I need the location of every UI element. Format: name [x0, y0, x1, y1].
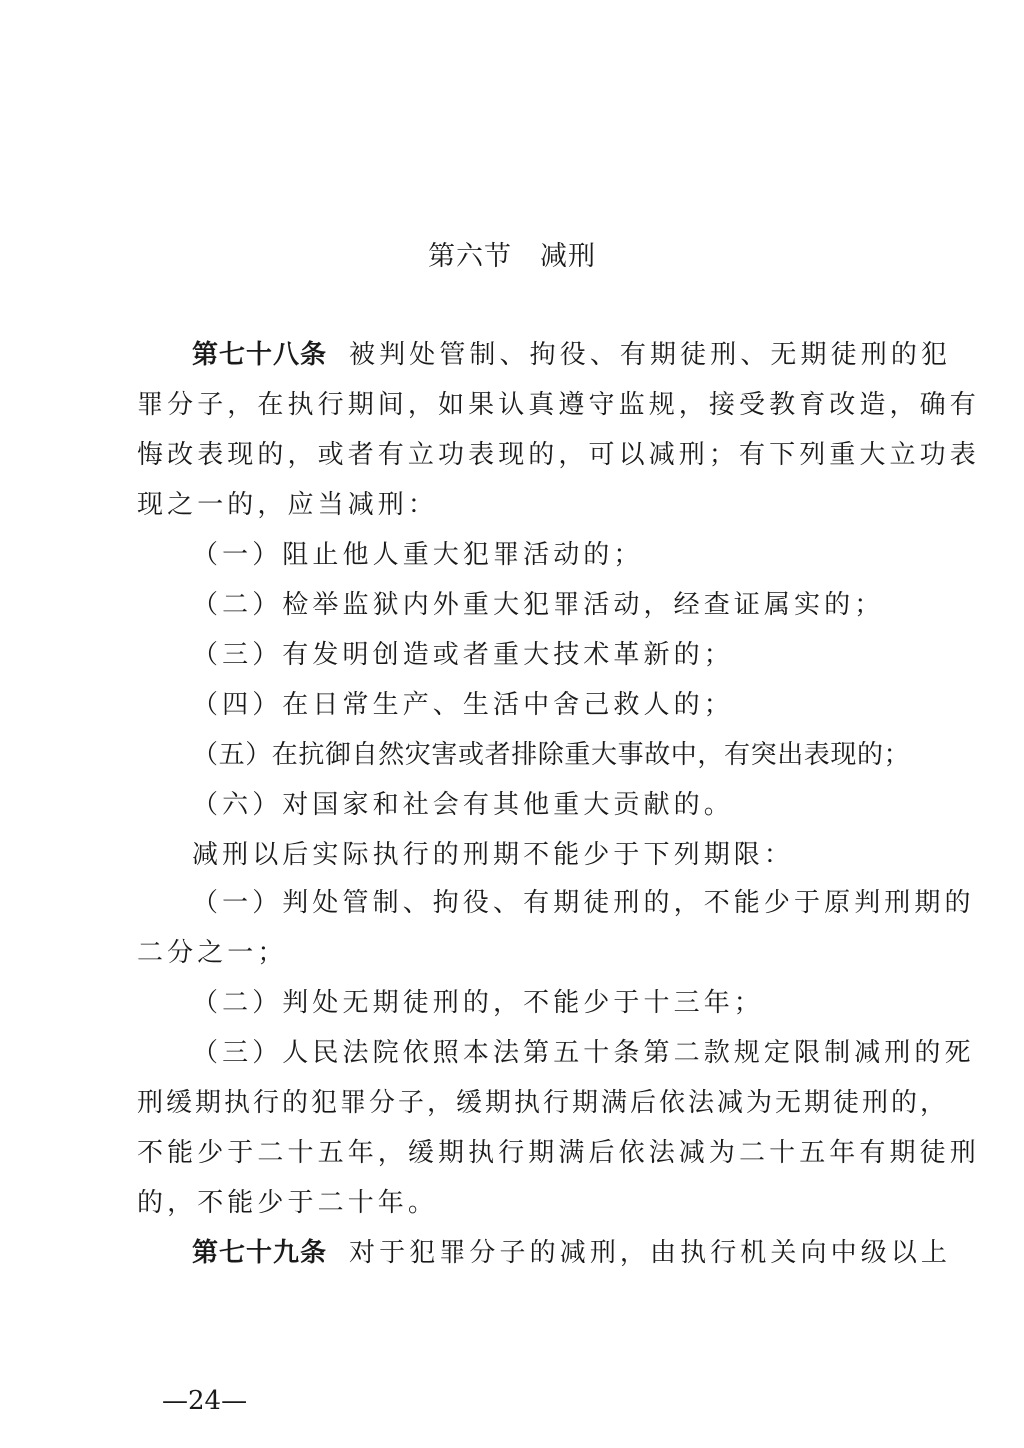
list-item: （三）有发明创造或者重大技术革新的； [192, 637, 899, 673]
limit-item-continued: 的，不能少于二十年。 [137, 1185, 899, 1221]
limit-item: （三）人民法院依照本法第五十条第二款规定限制减刑的死 [192, 1035, 899, 1071]
article-text-line: 悔改表现的，或者有立功表现的，可以减刑；有下列重大立功表 [137, 437, 899, 473]
document-page: 第六节 减刑 第七十八条被判处管制、拘役、有期徒刑、无期徒刑的犯 罪分子，在执行… [0, 0, 1024, 1448]
article-text: 对于犯罪分子的减刑，由执行机关向中级以上 [349, 1238, 951, 1268]
article-79-first-line: 第七十九条对于犯罪分子的减刑，由执行机关向中级以上 [192, 1235, 899, 1271]
limit-item-continued: 不能少于二十五年，缓期执行期满后依法减为二十五年有期徒刑 [137, 1135, 899, 1171]
article-text: 被判处管制、拘役、有期徒刑、无期徒刑的犯 [349, 340, 951, 370]
article-number: 第七十九条 [192, 1238, 327, 1268]
list-item: （五）在抗御自然灾害或者排除重大事故中，有突出表现的； [192, 737, 899, 773]
article-78-first-line: 第七十八条被判处管制、拘役、有期徒刑、无期徒刑的犯 [192, 337, 899, 373]
article-number: 第七十八条 [192, 340, 327, 370]
list-item: （四）在日常生产、生活中舍己救人的； [192, 687, 899, 723]
list-item: （二）检举监狱内外重大犯罪活动，经查证属实的； [192, 587, 899, 623]
limits-intro: 减刑以后实际执行的刑期不能少于下列期限： [192, 837, 899, 873]
article-text-line: 罪分子，在执行期间，如果认真遵守监规，接受教育改造，确有 [137, 387, 899, 423]
article-text-line: 现之一的，应当减刑： [137, 487, 899, 523]
section-title: 第六节 减刑 [0, 234, 1024, 273]
limit-item: （一）判处管制、拘役、有期徒刑的，不能少于原判刑期的 [192, 885, 899, 921]
list-item: （六）对国家和社会有其他重大贡献的。 [192, 787, 899, 823]
list-item: （一）阻止他人重大犯罪活动的； [192, 537, 899, 573]
limit-item-continued: 刑缓期执行的犯罪分子，缓期执行期满后依法减为无期徒刑的， [137, 1085, 899, 1121]
limit-item: （二）判处无期徒刑的，不能少于十三年； [192, 985, 899, 1021]
page-number: —24— [162, 1386, 247, 1416]
limit-item-continued: 二分之一； [137, 935, 899, 971]
